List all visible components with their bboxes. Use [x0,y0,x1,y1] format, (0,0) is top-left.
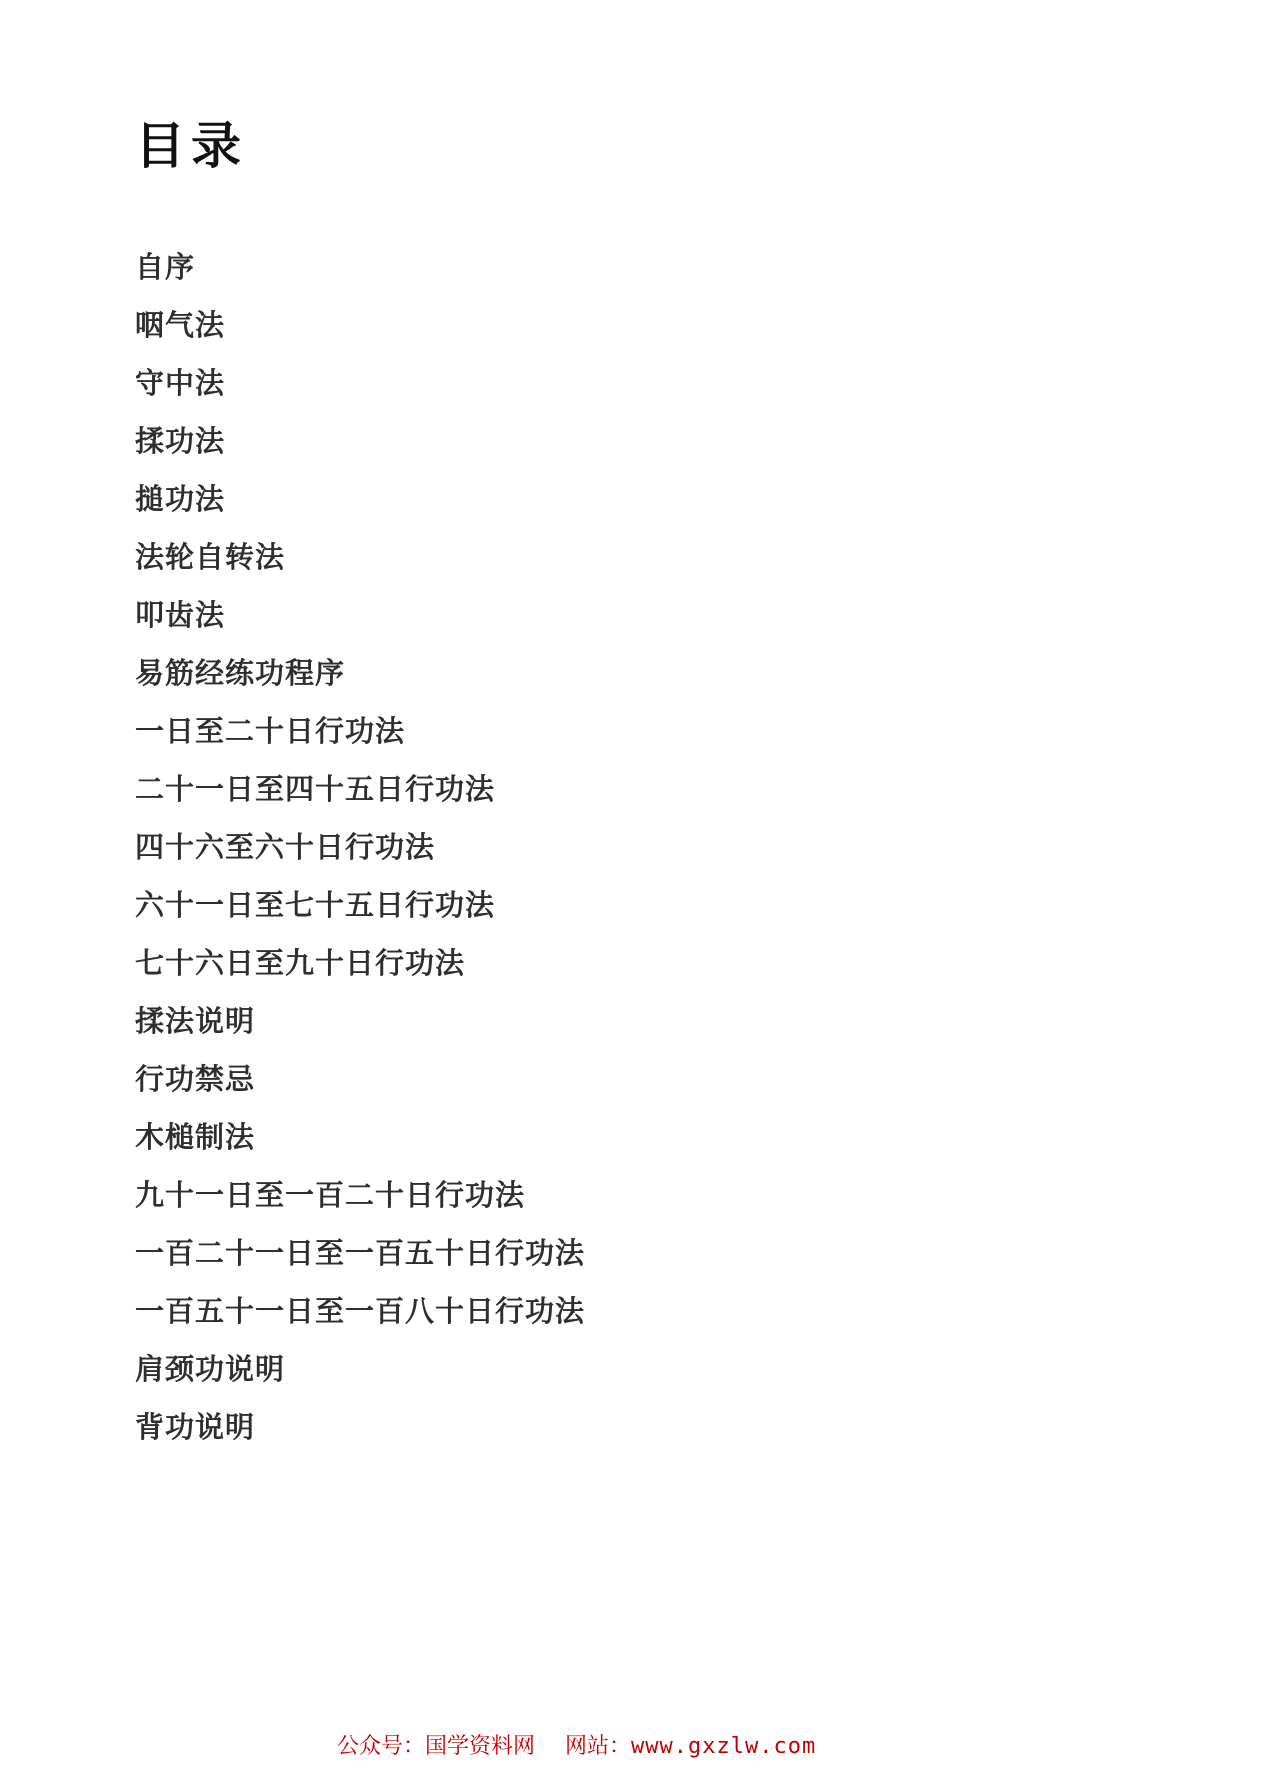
toc-item: 背功说明 [135,1396,1263,1454]
toc-item: 九十一日至一百二十日行功法 [135,1164,1263,1222]
toc-item: 肩颈功说明 [135,1338,1263,1396]
table-of-contents: 自序 咽气法 守中法 揉功法 搥功法 法轮自转法 叩齿法 易筋经练功程序 一日至… [0,236,1263,1454]
toc-item: 木槌制法 [135,1106,1263,1164]
page-footer: 公众号：国学资料网网站：www.gxzlw.com [337,1729,816,1760]
toc-item: 叩齿法 [135,584,1263,642]
toc-item: 二十一日至四十五日行功法 [135,758,1263,816]
toc-item: 一日至二十日行功法 [135,700,1263,758]
toc-item: 搥功法 [135,468,1263,526]
toc-item: 揉法说明 [135,990,1263,1048]
toc-item: 法轮自转法 [135,526,1263,584]
page-title: 目录 [0,0,1263,176]
toc-item: 易筋经练功程序 [135,642,1263,700]
toc-item: 守中法 [135,352,1263,410]
toc-item: 咽气法 [135,294,1263,352]
footer-account-label: 公众号：国学资料网 [337,1733,535,1758]
toc-item: 揉功法 [135,410,1263,468]
footer-site-label: 网站： [565,1733,631,1758]
toc-item: 六十一日至七十五日行功法 [135,874,1263,932]
toc-item: 一百五十一日至一百八十日行功法 [135,1280,1263,1338]
toc-item: 行功禁忌 [135,1048,1263,1106]
toc-item: 四十六至六十日行功法 [135,816,1263,874]
toc-item: 七十六日至九十日行功法 [135,932,1263,990]
toc-item: 一百二十一日至一百五十日行功法 [135,1222,1263,1280]
toc-item: 自序 [135,236,1263,294]
footer-site-url: www.gxzlw.com [631,1734,816,1759]
document-page: 目录 自序 咽气法 守中法 揉功法 搥功法 法轮自转法 叩齿法 易筋经练功程序 … [0,0,1263,1788]
